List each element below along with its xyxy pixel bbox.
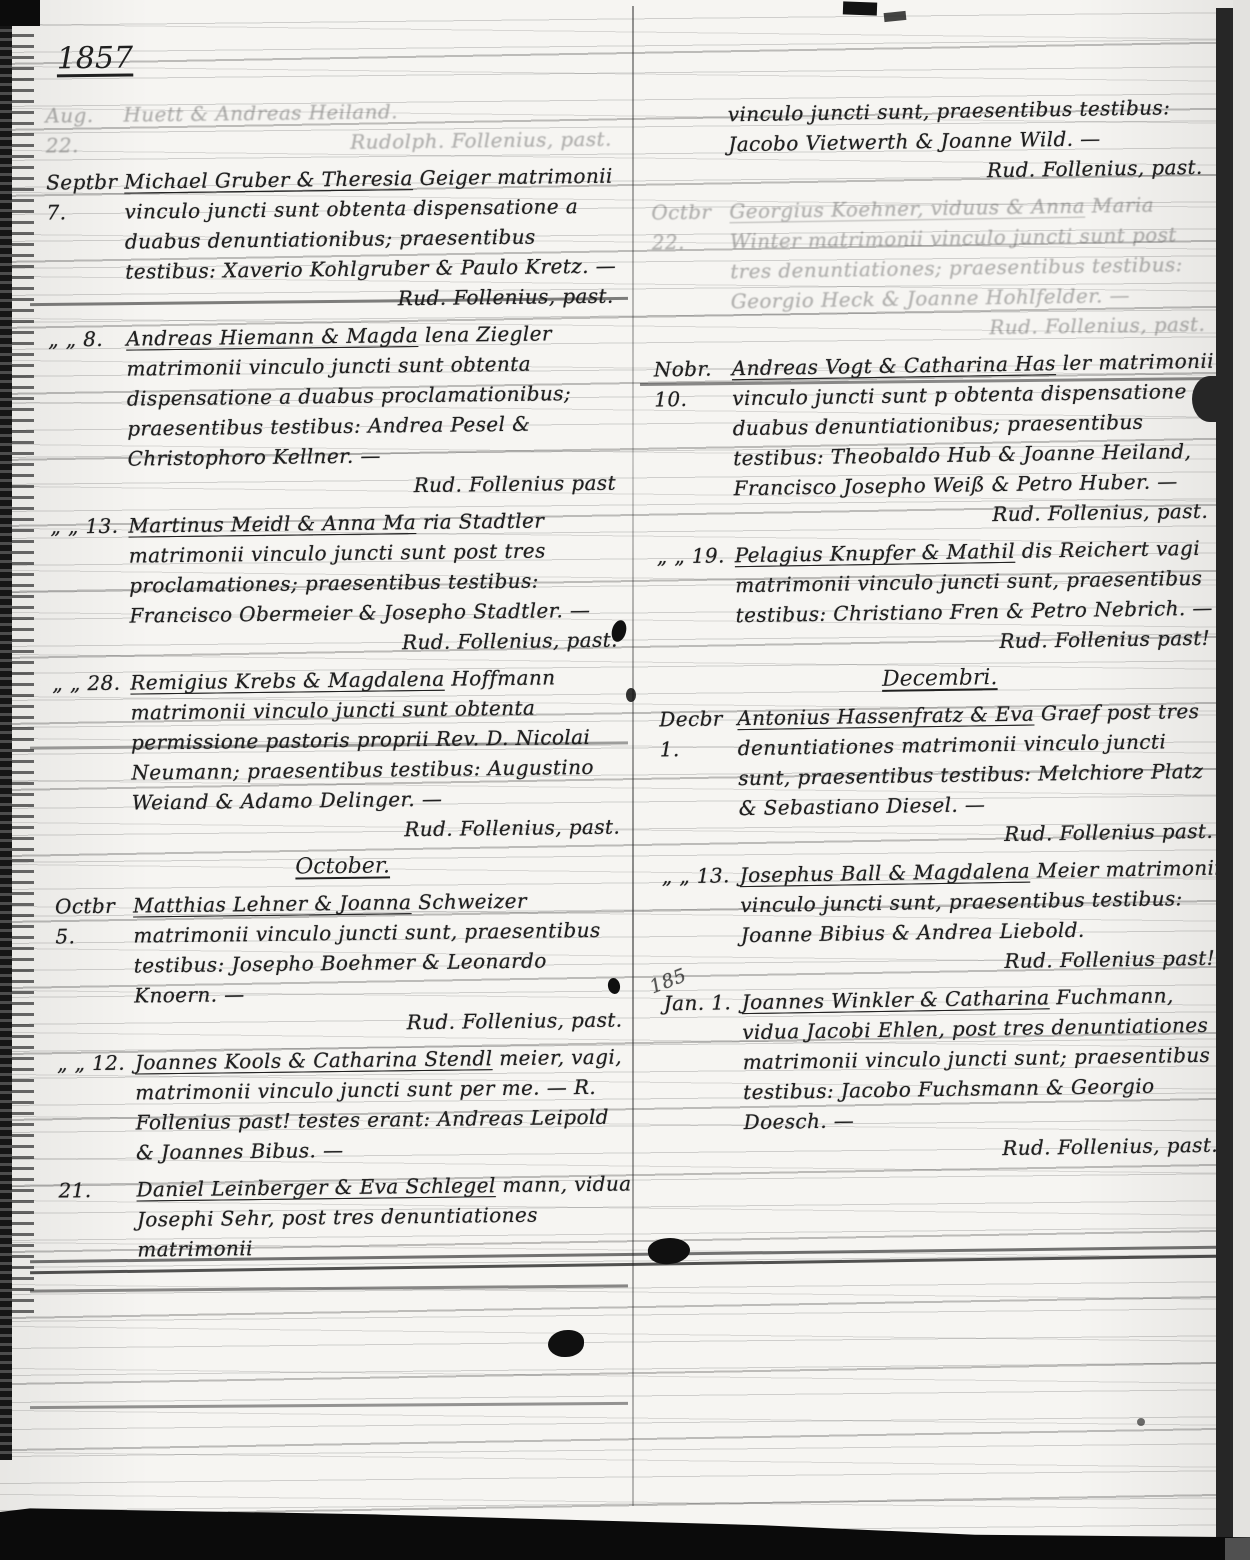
entry-date: Aug. 22.: [45, 100, 122, 161]
pastor-signature: Rud. Follenius past.: [739, 816, 1223, 854]
pastor-signature: Rud. Follenius past: [128, 467, 626, 503]
entry-date: 21.: [58, 1175, 134, 1206]
year-heading: 1857: [57, 35, 621, 77]
bottom-scan-black-band: [0, 1500, 1250, 1560]
entry-text-block: Andreas Vogt & Catharina Has ler matrimo…: [732, 349, 1219, 534]
register-entry: Nobr. 10.Andreas Vogt & Catharina Has le…: [654, 346, 1219, 535]
pastor-signature: Rud. Follenius, past.: [731, 309, 1215, 347]
couple-names: Georgius Koehner, viduus & Anna: [729, 194, 1085, 224]
scan-streak: [30, 1284, 628, 1292]
pastor-signature: Rud. Follenius past!: [736, 623, 1220, 661]
scan-streak: [30, 1402, 628, 1409]
register-entry: vinculo juncti sunt, praesentibus testib…: [650, 92, 1213, 191]
entry-date: Octbr 5.: [55, 891, 132, 952]
center-fold-line: [632, 6, 634, 1506]
register-entry: Decbr 1.Antonius Hassenfratz & Eva Graef…: [659, 696, 1223, 855]
register-entry: Octbr 22.Georgius Koehner, viduus & Anna…: [651, 189, 1215, 348]
entry-text-block: Pelagius Knupfer & Mathil dis Reichert v…: [735, 536, 1221, 660]
register-right-page: vinculo juncti sunt, praesentibus testib…: [650, 92, 1229, 1176]
pastor-signature: Rud. Follenius, past.: [729, 152, 1213, 190]
couple-names: Pelagius Knupfer & Mathil: [735, 539, 1016, 567]
entry-text-block: Matthias Lehner & Joanna Schweizer matri…: [133, 889, 633, 1041]
entry-date: „ „ 8.: [48, 324, 124, 355]
top-ink-smudge: [843, 1, 877, 15]
entry-text-block: vinculo juncti sunt, praesentibus testib…: [728, 95, 1213, 189]
right-edge-thumb-shadow: [1192, 376, 1228, 422]
ink-blot: [626, 688, 636, 702]
ink-blot: [1137, 1418, 1145, 1426]
entry-text-block: Josephus Ball & Magdalena Meier matrimon…: [740, 856, 1226, 981]
pastor-signature: Rud. Follenius, past.: [734, 496, 1218, 534]
register-entry: Octbr 5.Matthias Lehner & Joanna Schweiz…: [55, 884, 633, 1041]
register-entry: 21.Daniel Leinberger & Eva Schlegel mann…: [58, 1168, 635, 1265]
register-entry: Septbr 7.Michael Gruber & Theresia Geige…: [46, 161, 624, 318]
right-scan-edge: [1216, 8, 1233, 1560]
register-left-page: 1857 Aug. 22. Huett & Andreas Heiland.Ru…: [45, 35, 636, 1273]
top-ink-smudge: [884, 11, 907, 22]
register-entry: 185Jan. 1.Joannes Winkler & Catharina Fu…: [664, 980, 1229, 1169]
entry-text-block: Daniel Leinberger & Eva Schlegel mann, v…: [136, 1171, 631, 1261]
entry-body-text: vinculo juncti sunt, praesentibus testib…: [728, 95, 1171, 156]
right-scan-margin: [1233, 0, 1250, 1560]
pastor-signature: Rud. Follenius, past.: [134, 1004, 632, 1040]
entry-date: Octbr 22.: [651, 196, 728, 257]
entry-text-block: Georgius Koehner, viduus & Anna Maria Wi…: [729, 193, 1215, 347]
entry-text-block: Huett & Andreas Heiland.Rudolph. Folleni…: [123, 99, 622, 159]
right-column-entries: vinculo juncti sunt, praesentibus testib…: [650, 92, 1229, 1169]
pastor-signature: Rudolph. Follenius, past.: [124, 124, 622, 160]
pastor-signature: Rud. Follenius, past.: [132, 811, 630, 847]
register-entry: „ „ 28.Remigius Krebs & Magdalena Hoffma…: [52, 661, 630, 848]
entry-date: Jan. 1.: [664, 987, 740, 1018]
register-entry: „ „ 8.Andreas Hiemann & Magda lena Ziegl…: [48, 318, 626, 505]
register-entry: „ „ 13.Martinus Meidl & Anna Ma ria Stad…: [50, 504, 628, 661]
pastor-signature: Rud. Follenius, past.: [744, 1130, 1228, 1168]
month-heading: October.: [54, 848, 630, 885]
entry-text-block: Andreas Hiemann & Magda lena Ziegler mat…: [126, 321, 626, 503]
couple-names: Martinus Meidl & Anna Ma: [128, 510, 416, 538]
entry-text-block: Joannes Winkler & Catharina Fuchmann, vi…: [742, 983, 1229, 1167]
scan-corner-black: [0, 0, 40, 26]
left-binding-perforation: [12, 18, 34, 1313]
entry-date: Septbr 7.: [46, 167, 123, 228]
ink-blot: [548, 1330, 584, 1357]
register-entry: „ „ 13.Josephus Ball & Magdalena Meier m…: [662, 853, 1226, 982]
couple-names: Josephus Ball & Magdalena: [740, 859, 1031, 888]
bottom-corner-shadow: [1225, 1538, 1250, 1560]
couple-names: Remigius Krebs & Magdalena: [130, 667, 445, 695]
entry-text-block: Joannes Kools & Catharina Stendl meier, …: [135, 1045, 622, 1165]
entry-date: „ „ 13.: [50, 511, 126, 542]
pastor-signature: Rud. Follenius, past.: [130, 624, 628, 660]
couple-names: Matthias Lehner & Joanna: [133, 890, 412, 917]
entry-text-block: Martinus Meidl & Anna Ma ria Stadtler ma…: [128, 508, 628, 660]
left-binding-edge: [0, 0, 12, 1460]
entry-date: „ „ 12.: [57, 1048, 133, 1079]
register-entry: „ „ 12.Joannes Kools & Catharina Stendl …: [57, 1041, 634, 1168]
couple-names: Antonius Hassenfratz & Eva: [737, 702, 1034, 731]
entry-date: [650, 99, 726, 100]
month-heading: Decembri.: [659, 660, 1221, 699]
pastor-signature: Rud. Follenius past!: [741, 943, 1225, 981]
couple-names: Michael Gruber & Theresia: [124, 166, 413, 194]
couple-names: Joannes Kools & Catharina Stendl: [135, 1046, 493, 1074]
entry-date: „ „ 19.: [657, 540, 733, 571]
entry-date: „ „ 28.: [52, 668, 128, 699]
couple-names: Andreas Vogt & Catharina Has: [732, 351, 1056, 380]
couple-names: Daniel Leinberger & Eva Schlegel: [136, 1173, 495, 1201]
entry-text-block: Michael Gruber & Theresia Geiger matrimo…: [124, 164, 624, 317]
scanned-register-page: 1857 Aug. 22. Huett & Andreas Heiland.Ru…: [0, 0, 1250, 1560]
register-entry: „ „ 19.Pelagius Knupfer & Mathil dis Rei…: [657, 533, 1221, 662]
entry-date: Decbr 1.: [659, 703, 736, 764]
couple-names: Joannes Winkler & Catharina: [742, 985, 1050, 1014]
entry-text-block: Antonius Hassenfratz & Eva Graef post tr…: [737, 699, 1223, 853]
left-column-entries: Aug. 22. Huett & Andreas Heiland.Rudolph…: [45, 94, 635, 1266]
entry-text-block: Remigius Krebs & Magdalena Hoffmann matr…: [130, 665, 630, 847]
couple-names: Andreas Hiemann & Magda: [126, 323, 418, 351]
entry-body-text: Huett & Andreas Heiland.: [123, 99, 398, 126]
register-entry: Aug. 22. Huett & Andreas Heiland.Rudolph…: [45, 94, 622, 161]
entry-date: „ „ 13.: [662, 860, 738, 891]
